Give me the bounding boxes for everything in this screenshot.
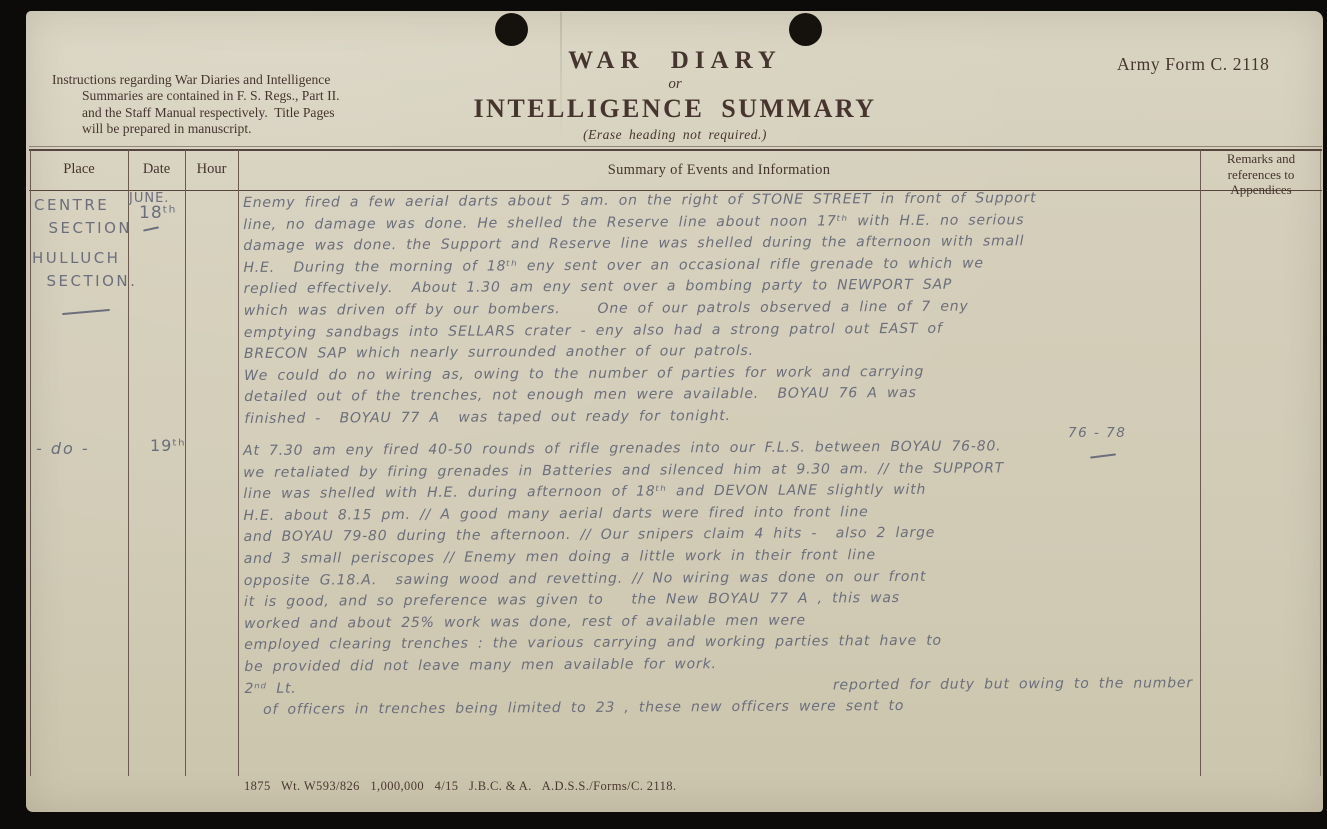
instructions-block: Instructions regarding War Diaries and I…	[52, 72, 340, 138]
form-title-block: WAR DIARY or INTELLIGENCE SUMMARY (Erase…	[470, 47, 880, 143]
place-line: CENTRE	[34, 194, 132, 217]
instruction-line: Instructions regarding War Diaries and I…	[52, 72, 340, 88]
form-title-or: or	[470, 76, 880, 93]
punch-hole-icon	[495, 13, 528, 46]
column-header-date: Date	[128, 161, 185, 178]
place-cell-entry-2-ditto: - do -	[36, 439, 90, 458]
place-line: HULLUCH	[32, 247, 137, 270]
instruction-line: and the Staff Manual respectively. Title…	[82, 105, 340, 121]
table-rule-hour-summary	[238, 150, 239, 776]
place-line: SECTION	[34, 217, 132, 240]
table-rule-date-hour	[185, 150, 186, 776]
form-number: Army Form C. 2118	[1117, 54, 1269, 75]
table-rule-top-thin	[29, 146, 1322, 147]
scanned-war-diary-page: Army Form C. 2118 Instructions regarding…	[0, 0, 1327, 829]
place-line: SECTION.	[32, 270, 137, 293]
summary-cell-entry-1: Enemy fired a few aerial darts about 5 a…	[243, 187, 1219, 430]
printer-imprint: 1875 Wt. W593/826 1,000,000 4/15 J.B.C. …	[244, 779, 676, 794]
instruction-line: will be prepared in manuscript.	[82, 121, 340, 137]
column-header-hour: Hour	[185, 161, 238, 178]
date-cell-entry-1-day: 18ᵗʰ	[139, 203, 177, 223]
form-title-note: (Erase heading not required.)	[470, 127, 880, 143]
instruction-line: Summaries are contained in F. S. Regs., …	[82, 88, 340, 104]
summary-cell-entry-2: At 7.30 am eny fired 40-50 rounds of rif…	[243, 435, 1220, 722]
table-rule-top	[29, 149, 1322, 151]
table-rule-place-date	[128, 150, 129, 776]
column-header-remarks: Remarks and references to Appendices	[1202, 151, 1320, 198]
place-cell-entry-1a: CENTRE SECTION	[34, 194, 132, 240]
punch-hole-icon	[789, 13, 822, 46]
table-rule-left	[30, 150, 31, 776]
form-title-intelligence-summary: INTELLIGENCE SUMMARY	[470, 94, 880, 124]
column-header-summary: Summary of Events and Information	[238, 162, 1200, 179]
table-rule-right	[1320, 150, 1321, 776]
form-title-war-diary: WAR DIARY	[470, 47, 880, 75]
column-header-place: Place	[30, 161, 128, 178]
place-cell-entry-1b: HULLUCH SECTION.	[32, 247, 137, 293]
date-cell-entry-2-day: 19ᵗʰ	[150, 436, 186, 455]
